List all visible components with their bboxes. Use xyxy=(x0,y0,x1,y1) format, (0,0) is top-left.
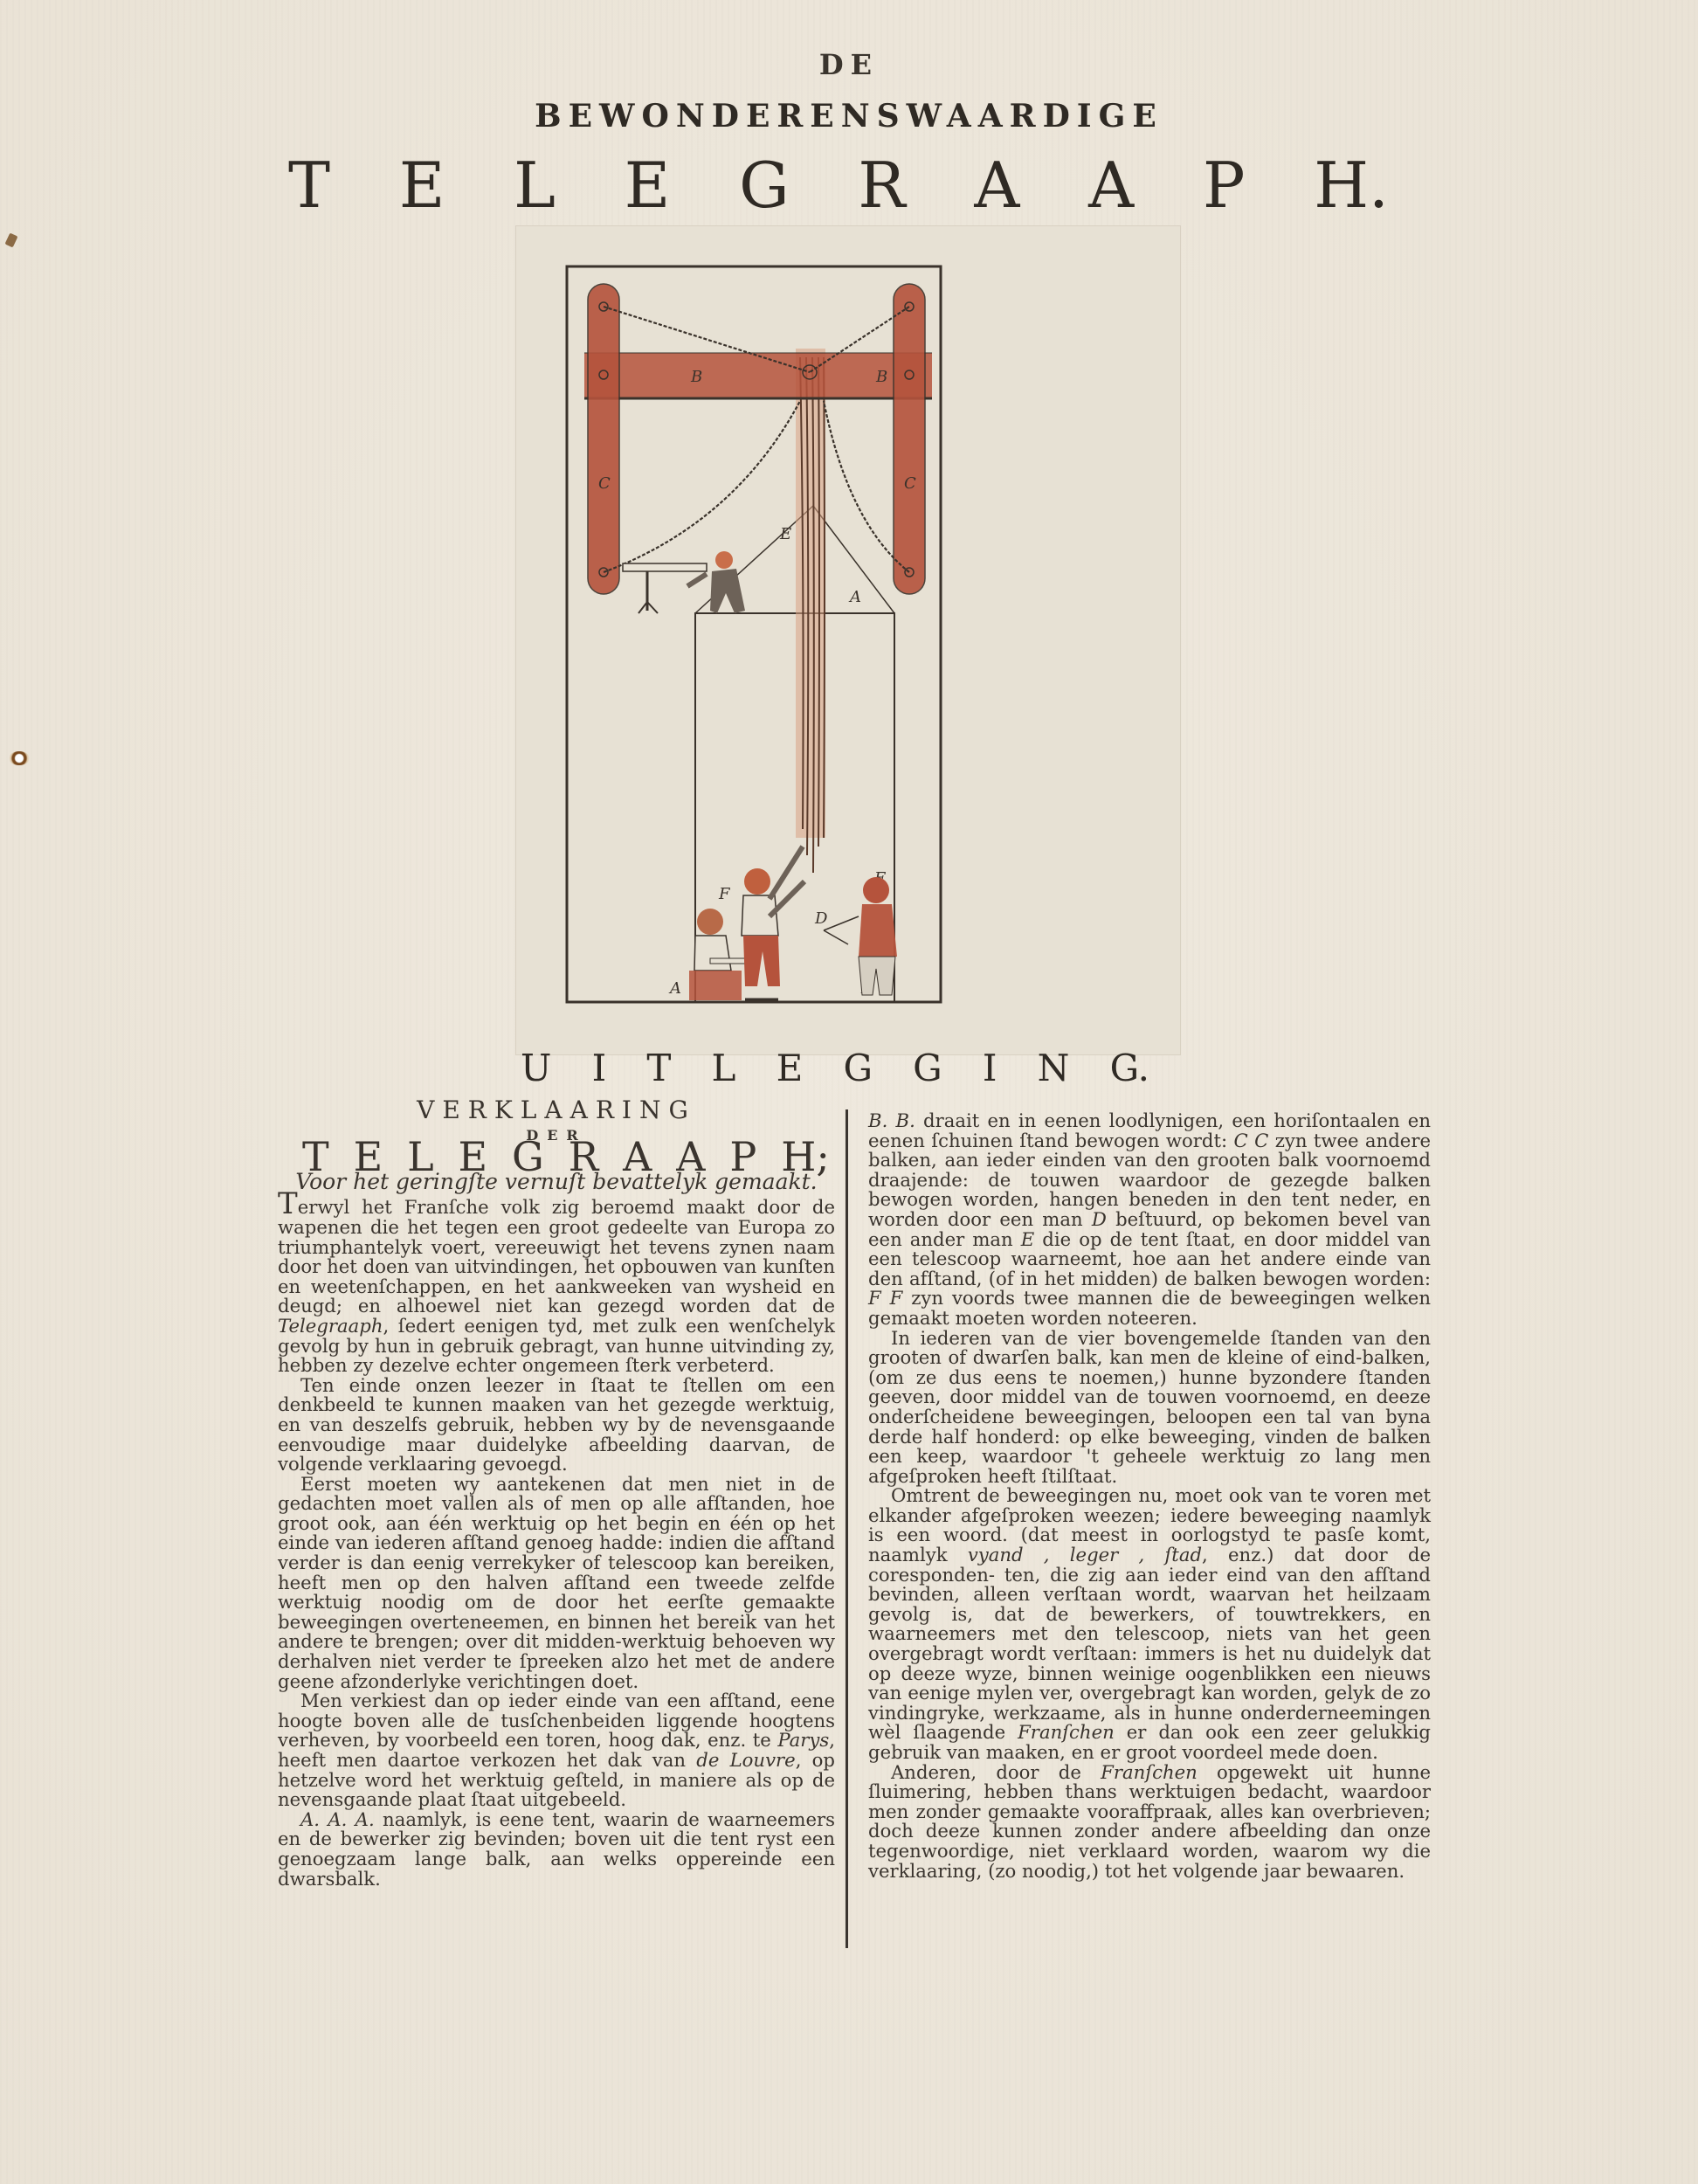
heading-telegraaph: T E L E G R A A P H; xyxy=(278,1147,835,1167)
title-letter: T xyxy=(288,149,330,222)
observer-with-telescope xyxy=(623,551,745,613)
italic-term: A. A. A. xyxy=(300,1808,375,1830)
rope-puller-figure xyxy=(742,847,804,999)
italic-term: C C xyxy=(1234,1130,1269,1151)
italic-term: Parys xyxy=(777,1729,829,1751)
section-letter: I xyxy=(983,1047,997,1089)
paragraph: Omtrent de beweegingen nu, moet ook van … xyxy=(868,1486,1431,1762)
pre-title: DE xyxy=(0,48,1698,81)
paper-wormhole xyxy=(9,751,30,765)
heading-letter: H; xyxy=(781,1147,830,1167)
label-a-bottom-left: A xyxy=(668,979,681,998)
italic-term: B. B. xyxy=(868,1109,915,1131)
title-letter: L xyxy=(514,149,556,222)
paragraph: Terwyl het Franſche volk zig beroemd maa… xyxy=(278,1195,835,1375)
seated-recorder-figure xyxy=(689,909,745,1000)
section-letter: L xyxy=(712,1047,736,1089)
italic-term: F F xyxy=(868,1287,902,1309)
section-letter: N xyxy=(1038,1047,1070,1089)
heading-letter: L xyxy=(407,1147,434,1167)
italic-term: D xyxy=(1092,1208,1107,1230)
title-letter: P xyxy=(1203,149,1245,222)
italic-term: Franſchen xyxy=(1018,1721,1115,1743)
paragraph: Men verkiest dan op ieder einde van een … xyxy=(278,1691,835,1810)
heading-letter: P xyxy=(729,1147,756,1167)
standing-recorder-figure xyxy=(824,877,897,995)
heading-letter: G xyxy=(512,1147,544,1167)
paragraph-text: Men verkiest dan op ieder einde van een … xyxy=(278,1690,835,1751)
label-a-top: A xyxy=(848,588,861,606)
italic-term: de Louvre xyxy=(696,1749,795,1771)
section-letter: G xyxy=(913,1047,942,1089)
title-letter: E xyxy=(399,149,445,222)
motto: Voor het geringſte vernuſt bevattelyk ge… xyxy=(278,1172,835,1192)
section-letter: U xyxy=(521,1047,551,1089)
paragraph: Eerst moeten wy aantekenen dat men niet … xyxy=(278,1475,835,1692)
title-letter: A xyxy=(1088,149,1134,222)
italic-term: Franſchen xyxy=(1101,1761,1198,1783)
label-f-left: F xyxy=(718,885,731,903)
paragraph: Anderen, door de Franſchen opgewekt uit … xyxy=(868,1763,1431,1882)
heading-verklaaring: VERKLAARING xyxy=(278,1101,835,1121)
paragraph: B. B. draait en in eenen loodlynigen, ee… xyxy=(868,1111,1431,1329)
section-letter: I xyxy=(592,1047,607,1089)
title-letter: E xyxy=(625,149,671,222)
label-c-left: C xyxy=(598,474,611,493)
paragraph: A. A. A. naamlyk, is eene tent, waarin d… xyxy=(278,1810,835,1889)
title-letter: A xyxy=(974,149,1019,222)
paragraph-text: , enz.) dat door de coresponden- ten, di… xyxy=(868,1544,1431,1743)
heading-letter: E xyxy=(459,1147,488,1167)
section-title-uitlegging: U I T L E G G I N G. xyxy=(521,1047,1149,1089)
title-line-1: BEWONDERENSWAARDIGE xyxy=(0,98,1698,135)
label-b-right: B xyxy=(875,368,887,386)
title-letter: G xyxy=(739,149,790,222)
section-letter: E xyxy=(777,1047,804,1089)
heading-letter: A xyxy=(676,1147,705,1167)
italic-term: E xyxy=(1021,1228,1034,1250)
section-letter: G xyxy=(843,1047,873,1089)
title-letter: H. xyxy=(1314,149,1389,222)
heading-letter: A xyxy=(623,1147,652,1167)
telegraph-illustration: B B C C E A A A F F D xyxy=(515,225,1181,1055)
title-line-2: T E L E G R A A P H. xyxy=(288,149,1389,222)
italic-term: Telegraaph xyxy=(278,1315,383,1337)
label-d: D xyxy=(814,909,828,928)
left-column: VERKLAARING DER T E L E G R A A P H; Voo… xyxy=(278,1099,835,1889)
telegraph-drawing: B B C C E A A A F F D xyxy=(516,226,1180,1054)
heading-letter: T xyxy=(302,1147,329,1167)
section-letter: G. xyxy=(1110,1047,1149,1089)
label-b-left: B xyxy=(690,368,702,386)
paragraph: Ten einde onzen leezer in ſtaat te ſtell… xyxy=(278,1376,835,1475)
heading-letter: E xyxy=(354,1147,383,1167)
paragraph: In iederen van de vier bovengemelde ſtan… xyxy=(868,1329,1431,1487)
italic-term: vyand , leger , ſtad xyxy=(968,1544,1202,1565)
label-c-right: C xyxy=(904,474,916,493)
column-divider xyxy=(846,1109,848,1948)
paragraph-text: Anderen, door de xyxy=(891,1761,1101,1783)
label-e: E xyxy=(779,525,791,543)
paragraph-text: erwyl het Franſche volk zig beroemd maak… xyxy=(278,1196,835,1317)
heading-letter: R xyxy=(569,1147,599,1167)
right-column: B. B. draait en in eenen loodlynigen, ee… xyxy=(868,1111,1431,1881)
paragraph-text: zyn voords twee mannen die de beweeginge… xyxy=(868,1287,1431,1329)
title-letter: R xyxy=(858,149,905,222)
section-letter: T xyxy=(646,1047,671,1089)
